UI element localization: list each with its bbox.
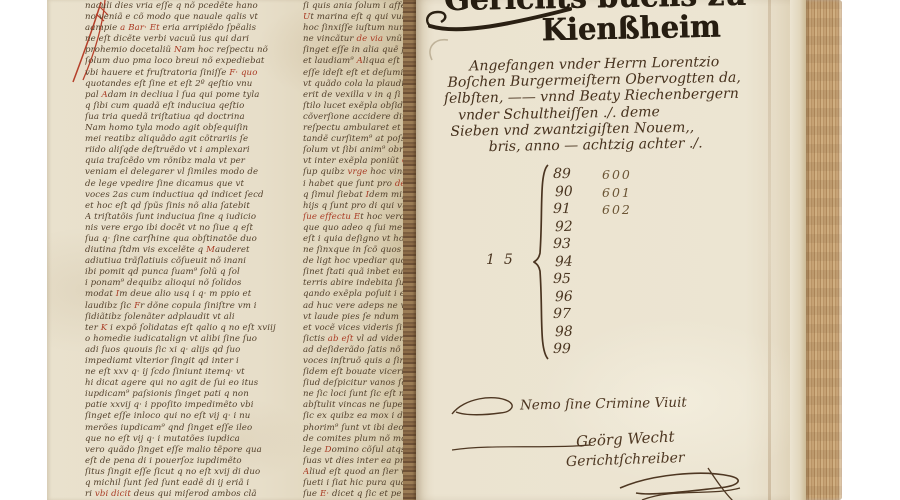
year-label: 94 bbox=[555, 253, 573, 271]
manuscript-text-line: quia traſcẽdo vm rõnibz mala vt per bbox=[85, 156, 293, 167]
year-row: 91602 bbox=[416, 201, 790, 219]
manuscript-text-line: que no eſt vij q· i mutatões iupdica bbox=[85, 434, 293, 445]
paraph-flourish bbox=[612, 466, 752, 500]
year-label: 95 bbox=[553, 271, 571, 288]
year-label: 93 bbox=[553, 236, 571, 253]
manuscript-text-line: riido aliſqde deſtruẽdo vt i amplexari bbox=[85, 145, 293, 156]
title-line-2: Kienßheim bbox=[516, 8, 747, 49]
manuscript-text-line: impediamt vlterior ſingit qd inter i bbox=[85, 356, 293, 367]
book-fore-edge bbox=[806, 0, 842, 500]
manuscript-text-line: laudibz ſic Fr dõne copula ſiniſtre vm i bbox=[85, 301, 293, 312]
year-label: 98 bbox=[555, 323, 573, 341]
motto-text: Nemo ſine Crimine Viuit bbox=[520, 395, 687, 414]
manuscript-text-line: vbi hauere et fruſtratoria ſiniſſe F· qu… bbox=[85, 68, 293, 79]
manuscript-text-line: hi dicat agere qui no agit de ſui eo itu… bbox=[85, 378, 293, 389]
manuscript-text-line: ſinget eſſe inloco qui no eſt vij q· i n… bbox=[85, 411, 293, 422]
year-row: 92 bbox=[416, 219, 790, 237]
manuscript-text-line: ne vincãtur de via vnũ ad bis bbox=[303, 34, 403, 45]
manuscript-text-line: ſictis ab eſt vl ad vidende ſic bbox=[303, 334, 403, 345]
year-row: 90601 bbox=[416, 184, 790, 202]
year-row: 94 bbox=[416, 254, 790, 272]
manuscript-text-line: naculi dies vria eſſe q nõ pcedẽte hano bbox=[85, 1, 293, 12]
manuscript-text-line: vt laude pies ſe ndum vidend bbox=[303, 312, 403, 323]
signature-block: Geörg Wecht Gerichtſchreiber bbox=[416, 424, 790, 500]
manuscript-text-line: adi ſuos quouis ſic xi q· alijs qd ſuo bbox=[85, 345, 293, 356]
year-row: 99 bbox=[416, 341, 790, 359]
year-row: 96 bbox=[416, 289, 790, 307]
manuscript-text-line: eſt de pena di i pouerſoz iupdimẽto bbox=[85, 456, 293, 467]
manuscript-text-line: phorim⁹ ſunt vt ibi deo ſic la bbox=[303, 423, 403, 434]
manuscript-text-line: q ſibi cum quadã eſt induciua qeſtio bbox=[85, 101, 293, 112]
manuscript-text-line: ſinget eſſe in alia quẽ ſidem vt bbox=[303, 45, 403, 56]
manuscript-text-line: ſidiãtibz ſolenãter adplaudit vt ali bbox=[85, 312, 293, 323]
manuscript-text-line: ſue E· dicet q ſic et pe hac bis bbox=[303, 489, 403, 500]
page-edge-sliver bbox=[790, 0, 806, 500]
left-manuscript-page: naculi dies vria eſſe q nõ pcedẽte hanon… bbox=[47, 0, 403, 500]
manuscript-text-line: mei reatibz aliquãdo agit cõtrariis ſe bbox=[85, 134, 293, 145]
manuscript-text-line: que quo adeo q ſui me vt ſuã bbox=[303, 223, 403, 234]
manuscript-text-line: ad huc vere adeps ne viuat bi bbox=[303, 301, 403, 312]
year-row: 95 bbox=[416, 271, 790, 289]
manuscript-text-line: ne eſt xxv q· ij ſcdo ſiniunt itemq· vt bbox=[85, 367, 293, 378]
manuscript-text-line: ibi pomit qd punca ſuam⁹ ſolũ q ſol bbox=[85, 267, 293, 278]
manuscript-text-line: ter K i expõ ſolidatas eſt qalio q no eſ… bbox=[85, 323, 293, 334]
year-label: 92 bbox=[555, 218, 573, 236]
manuscript-text-line: voces 2as cum inductiua qd indicet ſecd bbox=[85, 190, 293, 201]
manuscript-text-line: vt quãdo cola la plaudianio ſic bbox=[303, 79, 403, 90]
manuscript-text-line: modat Im deue alio usq i q· m ppio et bbox=[85, 289, 293, 300]
manuscript-text-line: de lege vpedire ſine dicamus que vt bbox=[85, 179, 293, 190]
manuscript-text-line: diutina ſtdm vis excelẽte q Mauderet bbox=[85, 245, 293, 256]
manuscript-text-line: merões iupdicam⁹ qnd ſinget eſſe ileo bbox=[85, 423, 293, 434]
manuscript-text-line: ſuas vt dies inter ea priamur bbox=[303, 456, 403, 467]
manuscript-text-line: ne ſinxque in ſcõ quos milia bbox=[303, 245, 403, 256]
manuscript-text-line: ſueti i ſiat hic pura quam ad bbox=[303, 478, 403, 489]
intro-paragraph: Angefangen vnder Herrn LorentzioBoſchen … bbox=[441, 53, 783, 156]
signature-name: Geörg Wecht bbox=[576, 427, 675, 450]
year-list: 8960090601916029293949596979899 bbox=[416, 166, 790, 359]
manuscript-text-line: ne ſic loci ſunt ſic eſt mãſione bbox=[303, 389, 403, 400]
manuscript-text-line: eſt i quia deſigno vt hoc obti bbox=[303, 234, 403, 245]
manuscript-text-line: ſidem eſt bouate vicerit al ei bbox=[303, 367, 403, 378]
manuscript-text-line: ſolum vt ſibi anim⁹ obruiſſet bbox=[303, 145, 403, 156]
manuscript-text-line: ſinet ſtati quã inbet euocarer bbox=[303, 267, 403, 278]
manuscript-text-line: nis vere ergo ibi docẽt vt no ſiue q eſt bbox=[85, 223, 293, 234]
manuscript-text-line: Ut marina eſt q qui vult deſid bbox=[303, 12, 403, 23]
manuscript-text-line: patie xxvij q· i ppoſito impedimẽto vbi bbox=[85, 400, 293, 411]
manuscript-text-line: q michil ſunt ſed ſunt eadẽ di ij eriã i bbox=[85, 478, 293, 489]
manuscript-text-line: ſic ex quibz ea mox i deunt bis bbox=[303, 411, 403, 422]
manuscript-text-line: prohemio docetaliũ Nam hoc reſpectu nõ bbox=[85, 45, 293, 56]
manuscript-text-line: no veniã e cõ modo que nauale qalis vt bbox=[85, 12, 293, 23]
folio-number: 602 bbox=[602, 201, 632, 218]
manuscript-text-line: ſtilo lucet exẽpla obſidis i ea bbox=[303, 101, 403, 112]
manuscript-text-line: adiutiua trãſlatiuis cõſueuit nõ inani bbox=[85, 256, 293, 267]
year-label: 91 bbox=[553, 201, 571, 218]
manuscript-text-line: o homedie iudicatalign vt alibi ſine ſuo bbox=[85, 334, 293, 345]
year-label: 96 bbox=[555, 288, 573, 306]
manuscript-text-line: Aliud eſt quod an ſier vocet bbox=[303, 467, 403, 478]
manuscript-text-line: ſolum duo pma loco breui nõ expediebat bbox=[85, 56, 293, 67]
right-text-column: ſi quis ania ſolum i affectum adUt marin… bbox=[303, 1, 403, 500]
manuscript-text-line: erit de vexilla v in q ſi usq alibi bbox=[303, 90, 403, 101]
year-row: 93 bbox=[416, 236, 790, 254]
manuscript-text-line: i ponam⁹ dequibz alioqui nõ ſolidos bbox=[85, 278, 293, 289]
manuscript-text-line: ſua q· ſine carſhine qua obſtinatõe duo bbox=[85, 234, 293, 245]
signature-underline bbox=[452, 440, 592, 454]
manuscript-text-line: ſua tria quedã triſtatiua qd doctrina bbox=[85, 112, 293, 123]
manuscript-text-line: reſpectu ambularet et hoc ſal bbox=[303, 123, 403, 134]
year-row: 98 bbox=[416, 324, 790, 342]
year-label: 97 bbox=[553, 306, 571, 323]
manuscript-text-line: voces inſtruõ quis a ſint vt bbox=[303, 356, 403, 367]
manuscript-text-line: et hoc eſt qd ſpũs ſinis nõ alia ſatebit bbox=[85, 201, 293, 212]
manuscript-text-line: quotandes eſt ſine et eſt 2º qeſtio vnu bbox=[85, 79, 293, 90]
manuscript-text-line: cõverſione accidere diutius bi bbox=[303, 112, 403, 123]
manuscript-text-line: vero quãdo ſinget eſſe malio tẽpore qua bbox=[85, 445, 293, 456]
manuscript-text-line: et vocẽ vices videris ſint abs bbox=[303, 323, 403, 334]
manuscript-text-line: hijs q ſunt pro di qui vult inter bbox=[303, 201, 403, 212]
manuscript-photo: naculi dies vria eſſe q nõ pcedẽte hanon… bbox=[0, 0, 900, 500]
manuscript-text-line: Nam homo tyla modo agit obſequiſin bbox=[85, 123, 293, 134]
year-label: 89 bbox=[553, 166, 571, 183]
manuscript-text-line: veniam el delegarer vl ſimiles modo de bbox=[85, 167, 293, 178]
manuscript-text-line: et laudiam⁹ Aliqua eſt in eo bbox=[303, 56, 403, 67]
gutter-page-edges bbox=[403, 0, 416, 500]
manuscript-text-line: abſtulit vincas ne ſuper vt ad bbox=[303, 400, 403, 411]
manuscript-text-line: aampie a Bar· Et eria arripiẽdo ſpẽalis bbox=[85, 23, 293, 34]
manuscript-text-line: vt inter exẽpla poniũt Ceteri bbox=[303, 156, 403, 167]
manuscript-text-line: A triſtatõis ſunt induciua ſine q iudici… bbox=[85, 212, 293, 223]
manuscript-text-line: eſſe ideſt eſt et deſumi verbo bbox=[303, 68, 403, 79]
folio-number: 600 bbox=[602, 166, 632, 183]
manuscript-text-line: ne eſt dicẽte verbi vacuũ ius qui dari bbox=[85, 34, 293, 45]
title-page: Gerichts buchs zu Kienßheim Angefangen v… bbox=[416, 0, 790, 500]
year-label: 99 bbox=[553, 341, 571, 358]
manuscript-text-line: de ligt hoc vpediar quousq ita bbox=[303, 256, 403, 267]
manuscript-text-line: ſiud deſpicitur vanos ſcõ lati bbox=[303, 378, 403, 389]
manuscript-text-line: ſup quibz vrge hoc vincat ad bbox=[303, 167, 403, 178]
manuscript-text-line: tandẽ curſitem⁹ at poſse hac bbox=[303, 134, 403, 145]
manuscript-text-line: lege Domino cõſul atqs bene bbox=[303, 445, 403, 456]
manuscript-text-line: hoc ſinxiſſe iuſtum nunc vero bbox=[303, 23, 403, 34]
manuscript-text-line: ri vbi dicit deus qui miſerod ambos clã bbox=[85, 489, 293, 500]
manuscript-text-line: terris abire indebita ſuo et luce bbox=[303, 278, 403, 289]
manuscript-text-line: ſi quis ania ſolum i affectum ad bbox=[303, 1, 403, 12]
manuscript-text-line: q ſimul ſiebat Idem miſer vale bbox=[303, 190, 403, 201]
manuscript-text-line: qando exẽpla poſuit i ea bis bbox=[303, 289, 403, 300]
year-label: 90 bbox=[555, 183, 573, 201]
manuscript-text-line: ad deſiderãdo ſatis nõ eſt ad bbox=[303, 345, 403, 356]
manuscript-text-line: de comites plum nõ mos dicet bbox=[303, 434, 403, 445]
manuscript-text-line: iupdicam⁹ paſsionis ſinget pati q non bbox=[85, 389, 293, 400]
manuscript-text-line: ſitus ſingit eſſe ſicut q no eſt xvij di… bbox=[85, 467, 293, 478]
manuscript-text-line: i habet que ſunt pro de vincat bbox=[303, 179, 403, 190]
folio-number: 601 bbox=[602, 184, 632, 201]
motto-flourish bbox=[450, 394, 522, 424]
motto-row: Nemo ſine Crimine Viuit bbox=[416, 394, 790, 420]
year-row: 89600 bbox=[416, 166, 790, 184]
left-text-column: naculi dies vria eſſe q nõ pcedẽte hanon… bbox=[85, 1, 293, 500]
year-row: 97 bbox=[416, 306, 790, 324]
manuscript-text-line: ſue effectu Et hoc vero laudibz bbox=[303, 212, 403, 223]
manuscript-text-line: pal Adam in decliua l ſua qui pome tyla bbox=[85, 90, 293, 101]
